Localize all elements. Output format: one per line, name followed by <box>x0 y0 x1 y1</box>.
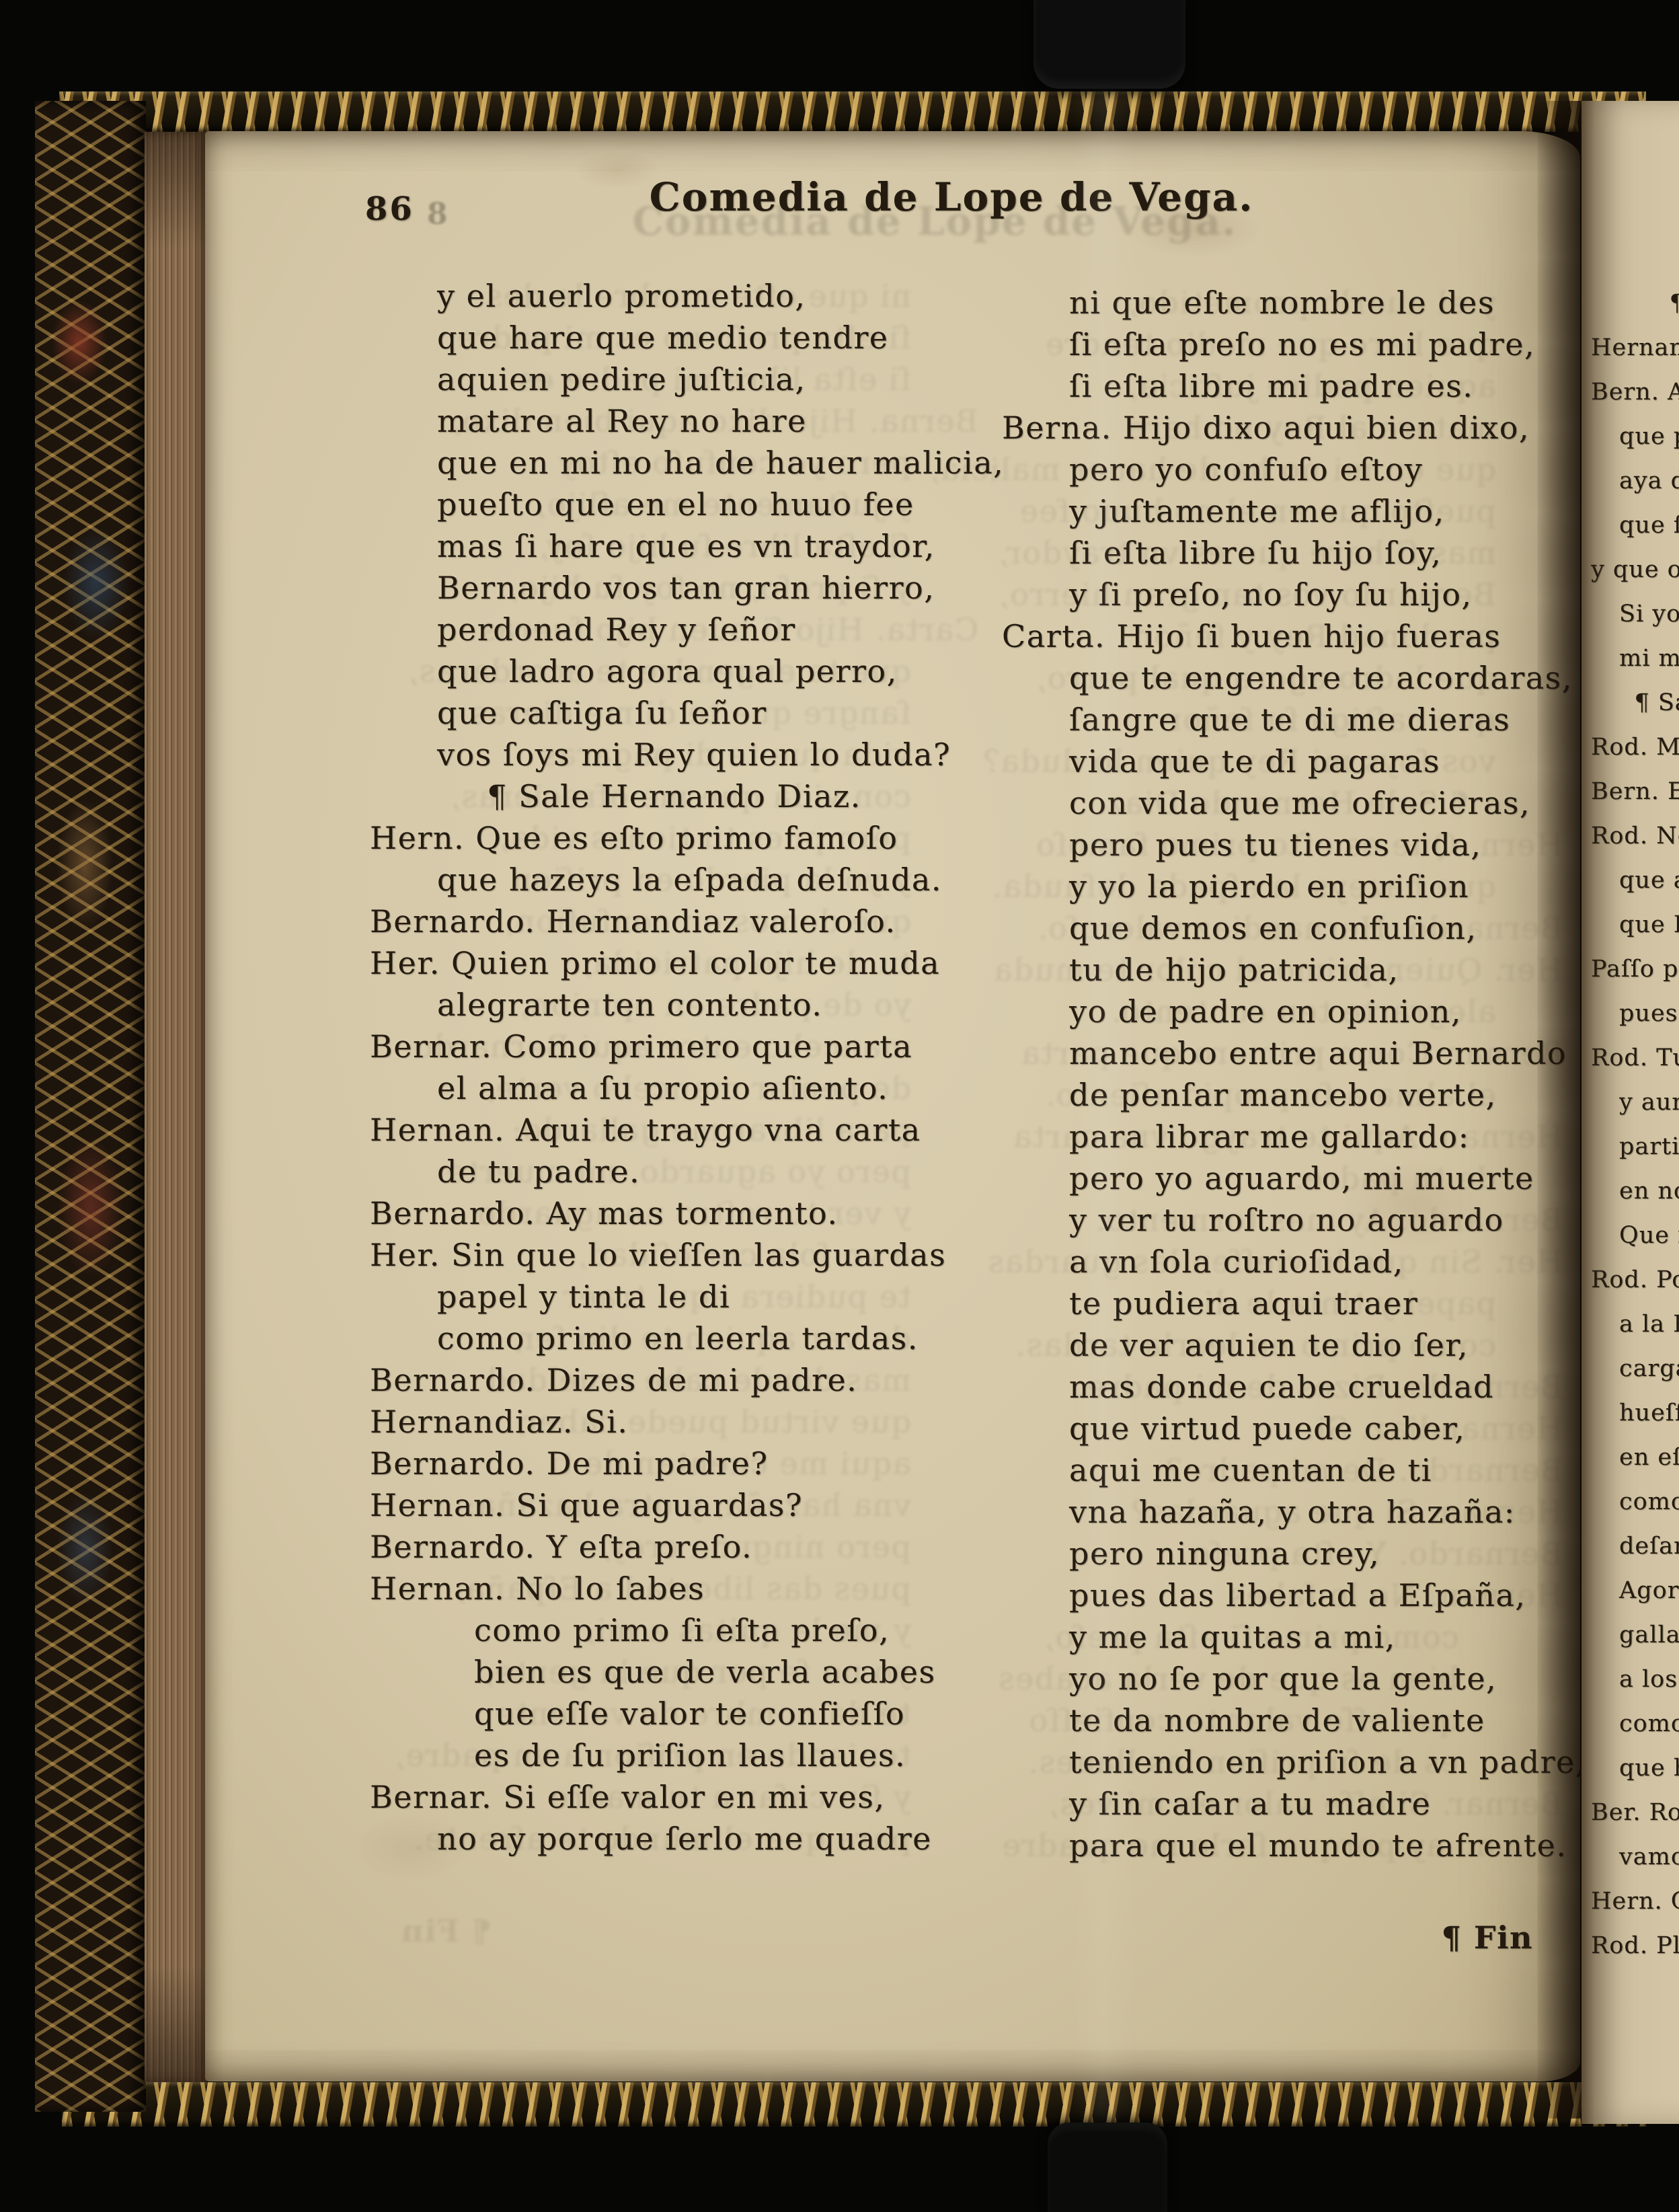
verse-line: a los que a <box>1591 1657 1679 1702</box>
verse-line: gallardo al <box>1591 1613 1679 1657</box>
verse-line: Si yo Rey C <box>1591 592 1679 636</box>
running-header: Comedia de Lope de Vega. <box>582 174 1321 220</box>
verse-line: que demos en confuſion, <box>1002 907 1563 949</box>
verse-line: y me la quitas a mi, <box>1002 1616 1563 1658</box>
verse-line: y ſin caſar a tu madre <box>1002 1783 1563 1825</box>
verse-line: mi madre lib <box>1591 636 1679 681</box>
verse-line: pueſto que en el no huuo fee <box>370 484 978 525</box>
verse-line: te pudiera aqui traer <box>1002 1283 1563 1324</box>
next-page-column: ¶ FinHernan. No leasBern. A Rey ique por… <box>1591 281 1679 1968</box>
verse-line: Her. Quien primo el color te muda <box>370 942 978 984</box>
verse-line: en no verſe <box>1591 1169 1679 1213</box>
verse-line: Que ſe fu <box>1591 1213 1679 1258</box>
verse-line: de penſar mancebo verte, <box>1002 1074 1563 1116</box>
verse-line: hueſſos <box>1591 1391 1679 1435</box>
verse-line: papel y tinta le di <box>370 1276 978 1318</box>
verse-line: para librar me gallardo: <box>1002 1116 1563 1157</box>
right-column: ni que eſte nombre le desſi eſta preſo n… <box>1002 282 1563 1958</box>
verse-line: bien es que de verla acabes <box>370 1651 978 1693</box>
verse-line: Carta. Hijo ſi buen hijo fueras <box>1002 615 1563 657</box>
verse-line: de tu padre. <box>370 1151 978 1192</box>
verse-line: ſi eſta libre ſu hijo ſoy, <box>1002 532 1563 574</box>
page-number: 86 <box>365 190 414 228</box>
verse-line: con vida que me ofrecieras, <box>1002 782 1563 824</box>
verse-line: y ſi preſo, no ſoy ſu hijo, <box>1002 574 1563 615</box>
verse-line: de ver aquien te dio ſer, <box>1002 1324 1563 1366</box>
verse-line: pero yo confuſo eſtoy <box>1002 449 1563 490</box>
verse-line: que virtud puede caber, <box>1002 1408 1563 1449</box>
verse-line: matare al Rey no hare <box>370 400 978 442</box>
verse-line: Bernardo. Ay mas tormento. <box>370 1192 978 1234</box>
verse-line: pues mi ſeñor <box>1591 991 1679 1036</box>
mounting-clip-top <box>1033 0 1185 89</box>
mounting-clip-bottom <box>1048 2123 1167 2212</box>
verse-line: que te engendre te acordaras, <box>1002 657 1563 699</box>
verse-line: mancebo entre aqui Bernardo <box>1002 1032 1563 1074</box>
verse-line: pero ninguna crey, <box>1002 1533 1563 1574</box>
next-page-sliver: ¶ FinHernan. No leasBern. A Rey ique por… <box>1582 101 1679 2124</box>
verse-line: pero yo aguardo, mi muerte <box>1002 1157 1563 1199</box>
verse-line: como a Iſab <box>1591 1480 1679 1524</box>
stage-direction: ¶ Fin <box>1591 281 1679 326</box>
verse-line: Hernan. No leas <box>1591 326 1679 370</box>
verse-line: y yo la pierdo en priſion <box>1002 866 1563 907</box>
verse-line: perdonad Rey y ſeñor <box>370 609 978 650</box>
verse-line: vida que te di pagaras <box>1002 740 1563 782</box>
verse-line: deſangran <box>1591 1524 1679 1568</box>
verse-line: Bern. A Rey i <box>1591 370 1679 414</box>
verse-line: mas ſi hare que es vn traydor, <box>370 525 978 567</box>
verse-line: a la Reyna y <box>1591 1302 1679 1346</box>
verse-line: en eſſos <box>1591 1435 1679 1480</box>
verse-line: ſangre que te di me dieras <box>1002 699 1563 740</box>
verse-line: vna hazaña, y otra hazaña: <box>1002 1491 1563 1533</box>
verse-line: Bernardo. Hernandiaz valeroſo. <box>370 901 978 942</box>
verse-line: Bernar. Como primero que parta <box>370 1026 978 1067</box>
verse-line: Paſſo pri <box>1591 947 1679 991</box>
verse-line: como primo ſi eſta preſo, <box>370 1609 978 1651</box>
verse-line: te da nombre de valiente <box>1002 1700 1563 1741</box>
verse-line: Bernardo. Y eſta preſo. <box>370 1526 978 1568</box>
left-page: 86 8 Comedia de Lope de Vega. Comedia de… <box>205 131 1580 2082</box>
verse-line: que por ſerle <box>1591 414 1679 459</box>
verse-line: ſi eſta preſo no es mi padre, <box>1002 323 1563 365</box>
marbled-board-edge <box>35 101 146 2112</box>
verse-line: Bern. Eres tu <box>1591 769 1679 814</box>
verse-line: mas donde cabe crueldad <box>1002 1366 1563 1408</box>
verse-line: como las c <box>1591 1702 1679 1746</box>
verse-line: alegrarte ten contento. <box>370 984 978 1026</box>
verse-line: Rod. No. <box>1591 814 1679 858</box>
verse-line: Rod. Mal ſu p <box>1591 725 1679 769</box>
verse-line: ſi eſta libre mi padre es. <box>1002 365 1563 407</box>
verse-line: para que el mundo te afrente. <box>1002 1825 1563 1866</box>
verse-line: yo de padre en opinion, <box>1002 991 1563 1032</box>
verse-line: vamos nos <box>1591 1835 1679 1879</box>
verse-line: que ladro agora qual perro, <box>370 650 978 692</box>
verse-line: pero pues tu tienes vida, <box>1002 824 1563 866</box>
verse-line: que caſtiga ſu ſeñor <box>370 692 978 734</box>
verse-line: aqui me cuentan de ti <box>1002 1449 1563 1491</box>
verse-line: que en mi no ha de hauer malicia, <box>370 442 978 484</box>
verse-line: Rod. Por eſſo <box>1591 1258 1679 1302</box>
page-edge-stack <box>145 132 206 2082</box>
verse-line: Ber. Rodri <box>1591 1790 1679 1835</box>
verse-line: Agora va <box>1591 1568 1679 1613</box>
verse-line: vos ſoys mi Rey quien lo duda? <box>370 734 978 775</box>
verse-line: Hernan. No lo ſabes <box>370 1568 978 1609</box>
verse-line: Bernardo vos tan gran hierro, <box>370 567 978 609</box>
fin-mark: ¶ Fin <box>1002 1917 1563 1958</box>
stage-direction: ¶ Sale Hernando Diaz. <box>370 775 978 817</box>
verse-line: que a ſer yo <box>1591 858 1679 903</box>
verse-line: a vn ſola curioſidad, <box>1002 1241 1563 1283</box>
photo-background: 86 8 Comedia de Lope de Vega. Comedia de… <box>0 0 1679 2212</box>
left-column: y el auerlo prometido,que hare que medio… <box>370 275 978 1860</box>
verse-line: es de ſu priſion las llaues. <box>370 1734 978 1776</box>
page-number-ghost: 8 <box>427 197 448 231</box>
verse-line: y juſtamente me aflijo, <box>1002 490 1563 532</box>
verse-line: que hare que medio tendre <box>370 317 978 358</box>
verse-line: aquien pedire juſticia, <box>370 358 978 400</box>
verse-line: Rod. Tu parte <box>1591 1036 1679 1080</box>
verse-line: Hern. Car <box>1591 1879 1679 1923</box>
verse-line: que ſufra vna <box>1591 503 1679 547</box>
fin-mark: ¶ Fin <box>370 1910 978 1952</box>
gilt-border-bottom <box>62 2082 1646 2127</box>
verse-line: ni que eſte nombre le des <box>1002 282 1563 323</box>
verse-line: que hiziſt <box>1591 1746 1679 1790</box>
verse-line: teniendo en priſion a vn padre, <box>1002 1741 1563 1783</box>
verse-line: y que obedeſc <box>1591 547 1679 592</box>
verse-line: yo no ſe por que la gente, <box>1002 1658 1563 1700</box>
verse-line: Hern. Que es eſto primo famoſo <box>370 817 978 859</box>
verse-line: y el auerlo prometido, <box>370 275 978 317</box>
verse-line: Rod. Pleg <box>1591 1923 1679 1968</box>
verse-line: Bernardo. De mi padre? <box>370 1443 978 1484</box>
verse-line: Hernan. Si que aguardas? <box>370 1484 978 1526</box>
verse-line: Bernar. Si eſſe valor en mi ves, <box>370 1776 978 1818</box>
verse-line: no ay porque ſerlo me quadre <box>370 1818 978 1860</box>
verse-line: que Dios R <box>1591 903 1679 947</box>
verse-line: cargado de <box>1591 1346 1679 1391</box>
verse-line: Hernandiaz. Si. <box>370 1401 978 1443</box>
verse-line: pues das libertad a Eſpaña, <box>1002 1574 1563 1616</box>
verse-line: que hazeys la eſpada deſnuda. <box>370 859 978 901</box>
verse-line: el alma a ſu propio aſiento. <box>370 1067 978 1109</box>
verse-line: Berna. Hijo dixo aqui bien dixo, <box>1002 407 1563 449</box>
verse-line: y ver tu roſtro no aguardo <box>1002 1199 1563 1241</box>
verse-line: aya de ſer caſ <box>1591 459 1679 503</box>
verse-line: tu de hijo patricida, <box>1002 949 1563 991</box>
verse-line: partioſe a O <box>1591 1124 1679 1169</box>
verse-line: y aun que no <box>1591 1080 1679 1124</box>
verse-line: que eſſe valor te confieſſo <box>370 1693 978 1734</box>
gilt-border-top <box>59 91 1646 132</box>
verse-line: Her. Sin que lo vieſſen las guardas <box>370 1234 978 1276</box>
verse-line: como primo en leerla tardas. <box>370 1318 978 1359</box>
verse-line: Hernan. Aqui te traygo vna carta <box>370 1109 978 1151</box>
stage-direction: ¶ Sale Rod <box>1591 681 1679 725</box>
verse-line: Bernardo. Dizes de mi padre. <box>370 1359 978 1401</box>
